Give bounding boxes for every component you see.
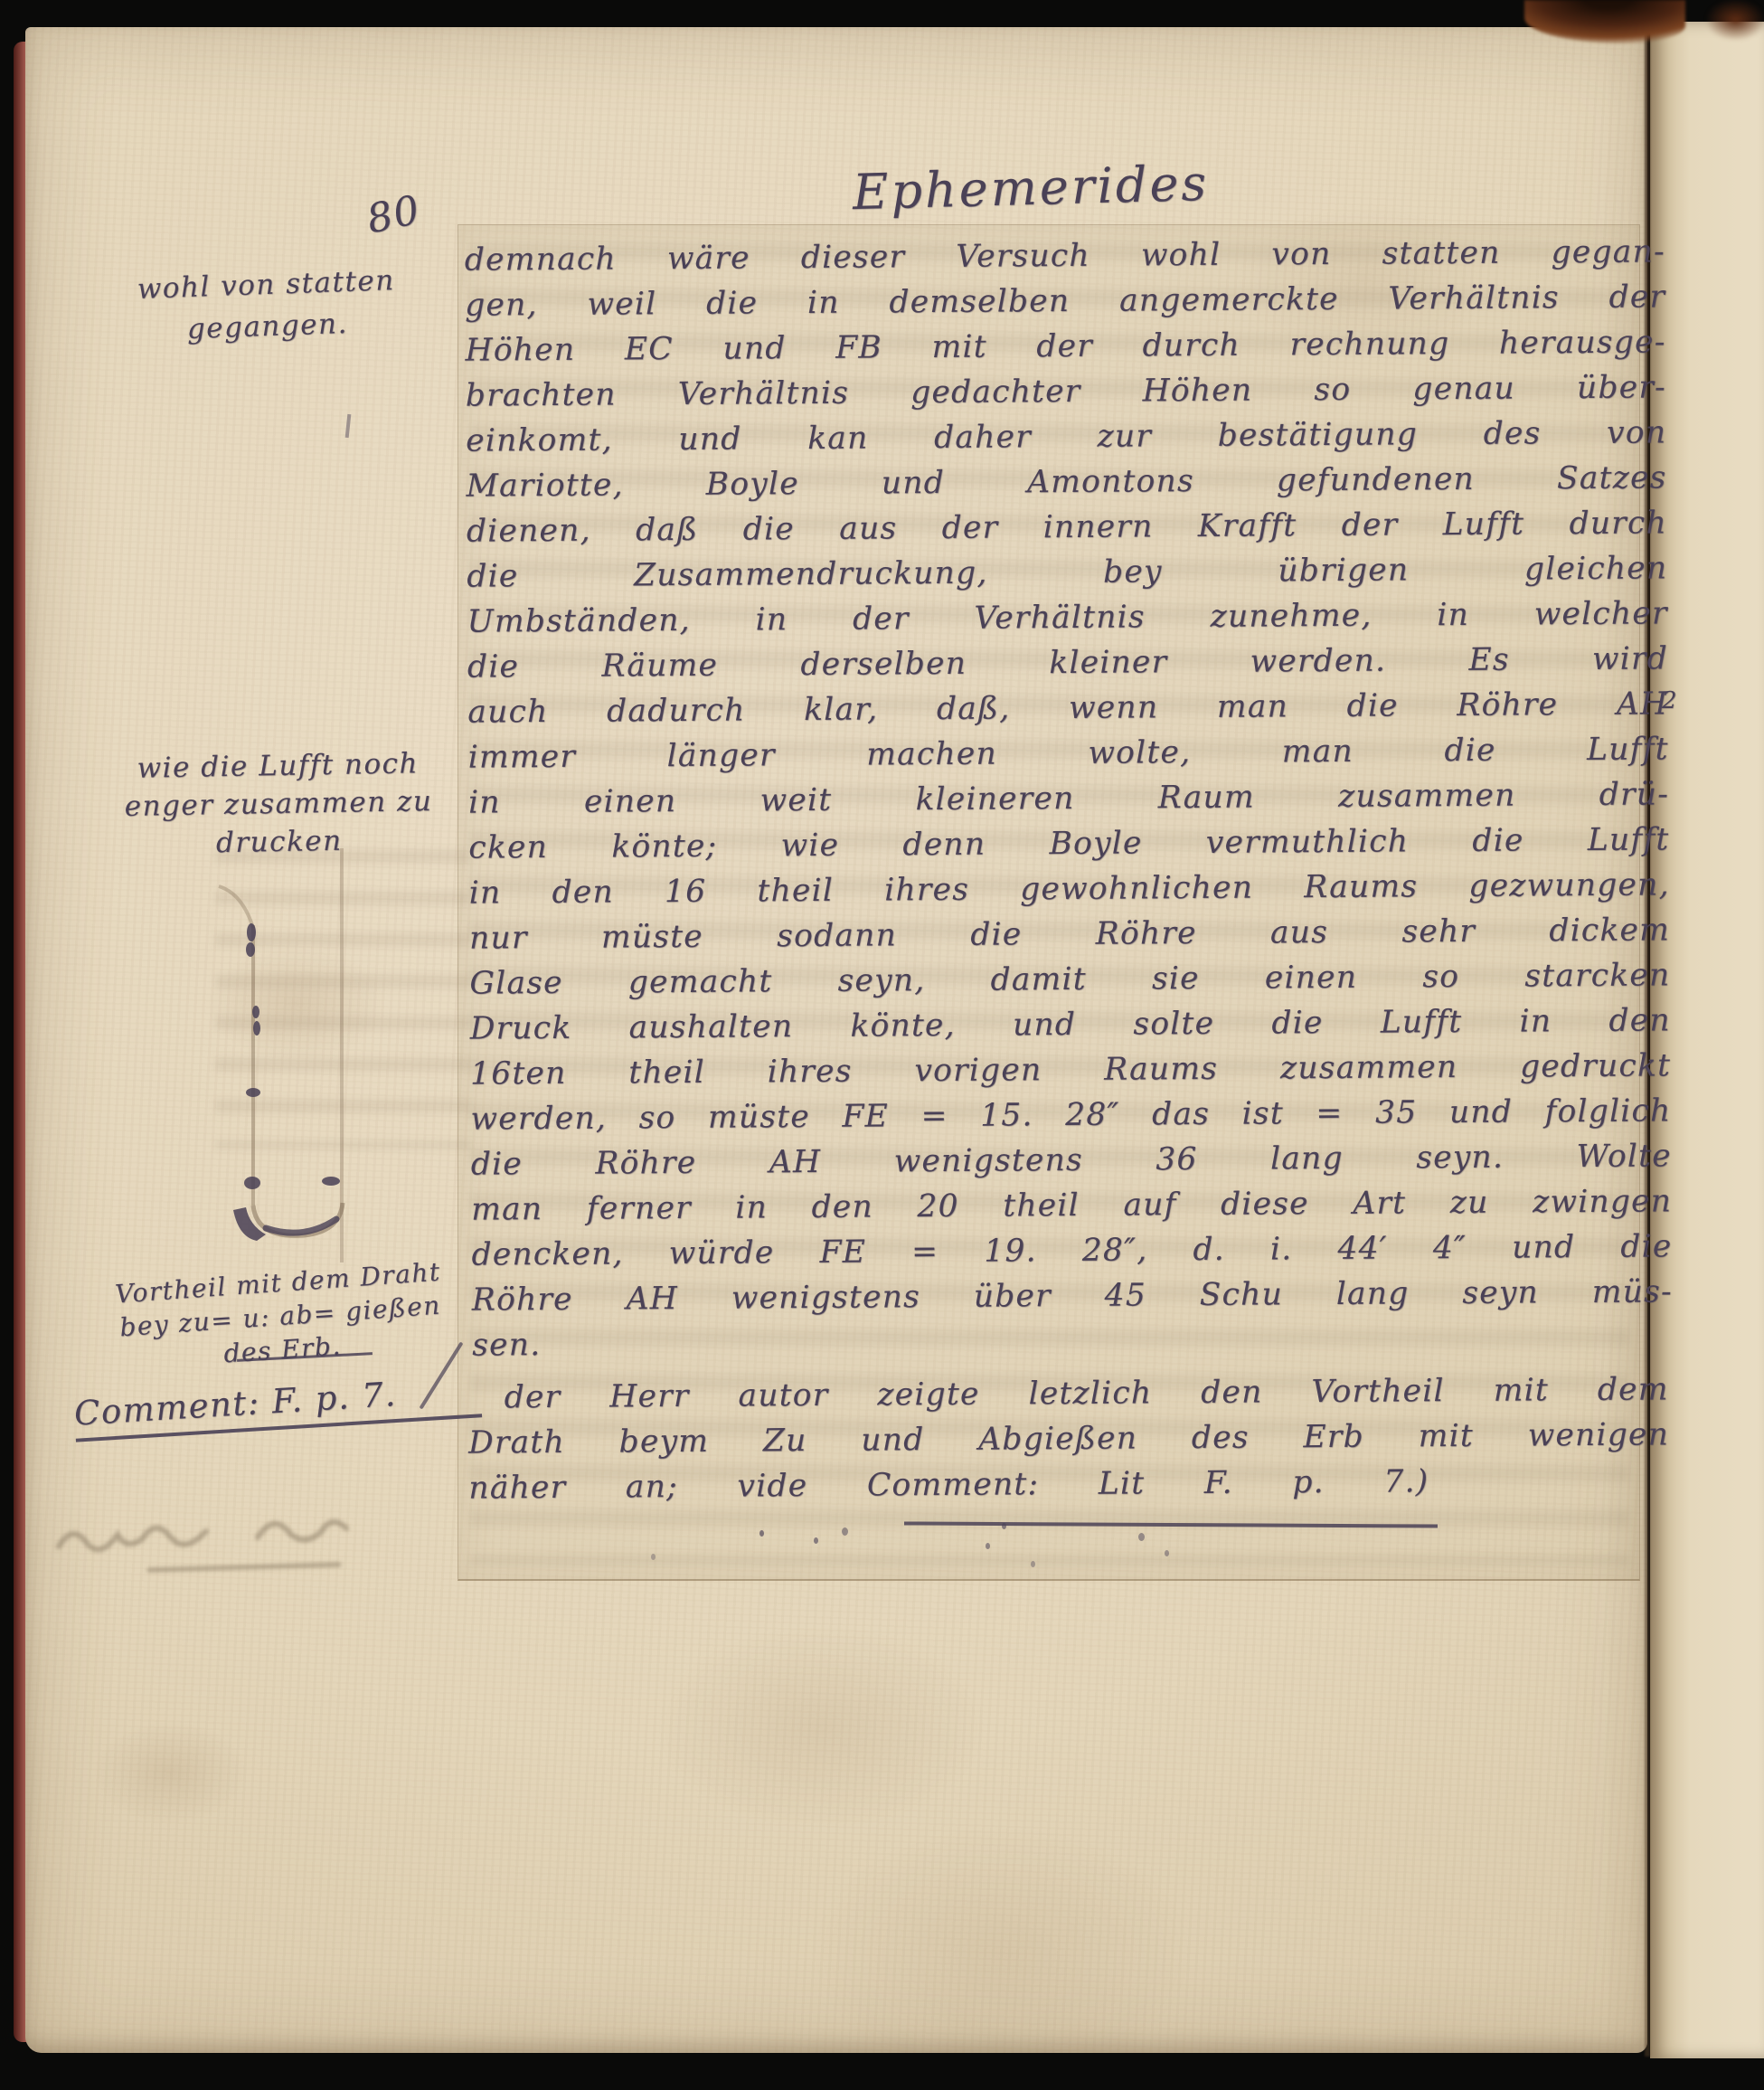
handwritten-line: demnach wäre dieser Versuch wohl von sta… [465, 231, 1665, 284]
handwritten-line: Höhen EC und FB mit der durch rechnung h… [465, 321, 1665, 374]
handwritten-line: werden, so müste FE = 15. 28″ das ist = … [470, 1090, 1671, 1143]
handwritten-line: die Röhre AH wenigstens 36 lang seyn. Wo… [471, 1135, 1672, 1188]
handwritten-line: man ferner in den 20 theil auf diese Art… [471, 1180, 1672, 1234]
handwritten-line: Druck aushalten könte, und solte die Luf… [470, 999, 1671, 1053]
handwritten-line: drucken [98, 820, 460, 865]
handwritten-line: auch dadurch klar, daß, wenn man die Röh… [467, 683, 1668, 736]
handwritten-line: einkomt, und kan daher zur bestätigung d… [466, 411, 1666, 465]
handwritten-line: dencken, würde FE = 19. 28″, d. i. 44′ 4… [471, 1225, 1672, 1279]
handwritten-line: dienen, daß die aus der innern Krafft de… [467, 502, 1667, 555]
handwritten-line: immer länger machen wolte, man die Lufft [467, 728, 1668, 781]
handwritten-line: wie die Lufft noch [97, 744, 459, 789]
handwritten-line: näher an; vide Comment: Lit F. p. 7.) [468, 1461, 1429, 1512]
handwritten-line: brachten Verhältnis gedachter Höhen so g… [466, 366, 1666, 420]
handwritten-line: in den 16 theil ihres gewohnlichen Raums… [469, 864, 1670, 917]
binding-headband-right [1707, 0, 1764, 40]
handwritten-line: Röhre AH wenigstens über 45 Schu lang se… [472, 1271, 1673, 1324]
handwritten-line: in einen weit kleineren Raum zusammen dr… [468, 773, 1669, 827]
handwritten-line: sen. [472, 1316, 1673, 1369]
margin-note-lufft-zusammendruecken: wie die Lufft nochenger zusammen zudruck… [97, 744, 460, 865]
handwritten-line: 16ten theil ihres vorigen Raums zusammen… [470, 1045, 1671, 1098]
handwritten-line: enger zusammen zu [98, 782, 460, 827]
margin-note-wohl-von-statten: wohl von stattengegangen. [90, 258, 445, 354]
ink-specks [759, 1530, 764, 1537]
manuscript-photo: Ephemerides 80 wohl von stattengegangen.… [0, 0, 1764, 2090]
handwritten-line: die Zusammendruckung, bey übrigen gleich… [467, 547, 1667, 601]
handwritten-line: Umbständen, in der Verhältnis zunehme, i… [467, 592, 1667, 646]
handwritten-line: Glase gemacht seyn, damit sie einen so s… [469, 954, 1670, 1007]
handwritten-line: Mariotte, Boyle und Amontons gefundenen … [466, 457, 1666, 510]
body-paragraph-2: der Herr autor zeigte letzlich den Vorth… [467, 1368, 1669, 1512]
handwritten-line: cken könte; wie denn Boyle vermuthlich d… [468, 818, 1669, 872]
body-paragraph-1: demnach wäre dieser Versuch wohl von sta… [465, 231, 1674, 1369]
handwritten-line: nur müste sodann die Röhre aus sehr dick… [469, 909, 1670, 962]
bleedthrough-script [41, 1483, 429, 1592]
superscript-margin-mark: 2 [1662, 687, 1678, 714]
handwritten-line: der Herr autor zeigte letzlich den Vorth… [467, 1368, 1668, 1422]
handwritten-line: Drath beym Zu und Abgießen des Erb mit w… [468, 1414, 1669, 1467]
handwritten-line: die Räume derselben kleiner werden. Es w… [467, 638, 1668, 691]
handwritten-line: gen, weil die in demselben angemerckte V… [465, 276, 1665, 329]
page-title: Ephemerides [813, 154, 1248, 222]
glass-tube-sketch [206, 830, 414, 1282]
